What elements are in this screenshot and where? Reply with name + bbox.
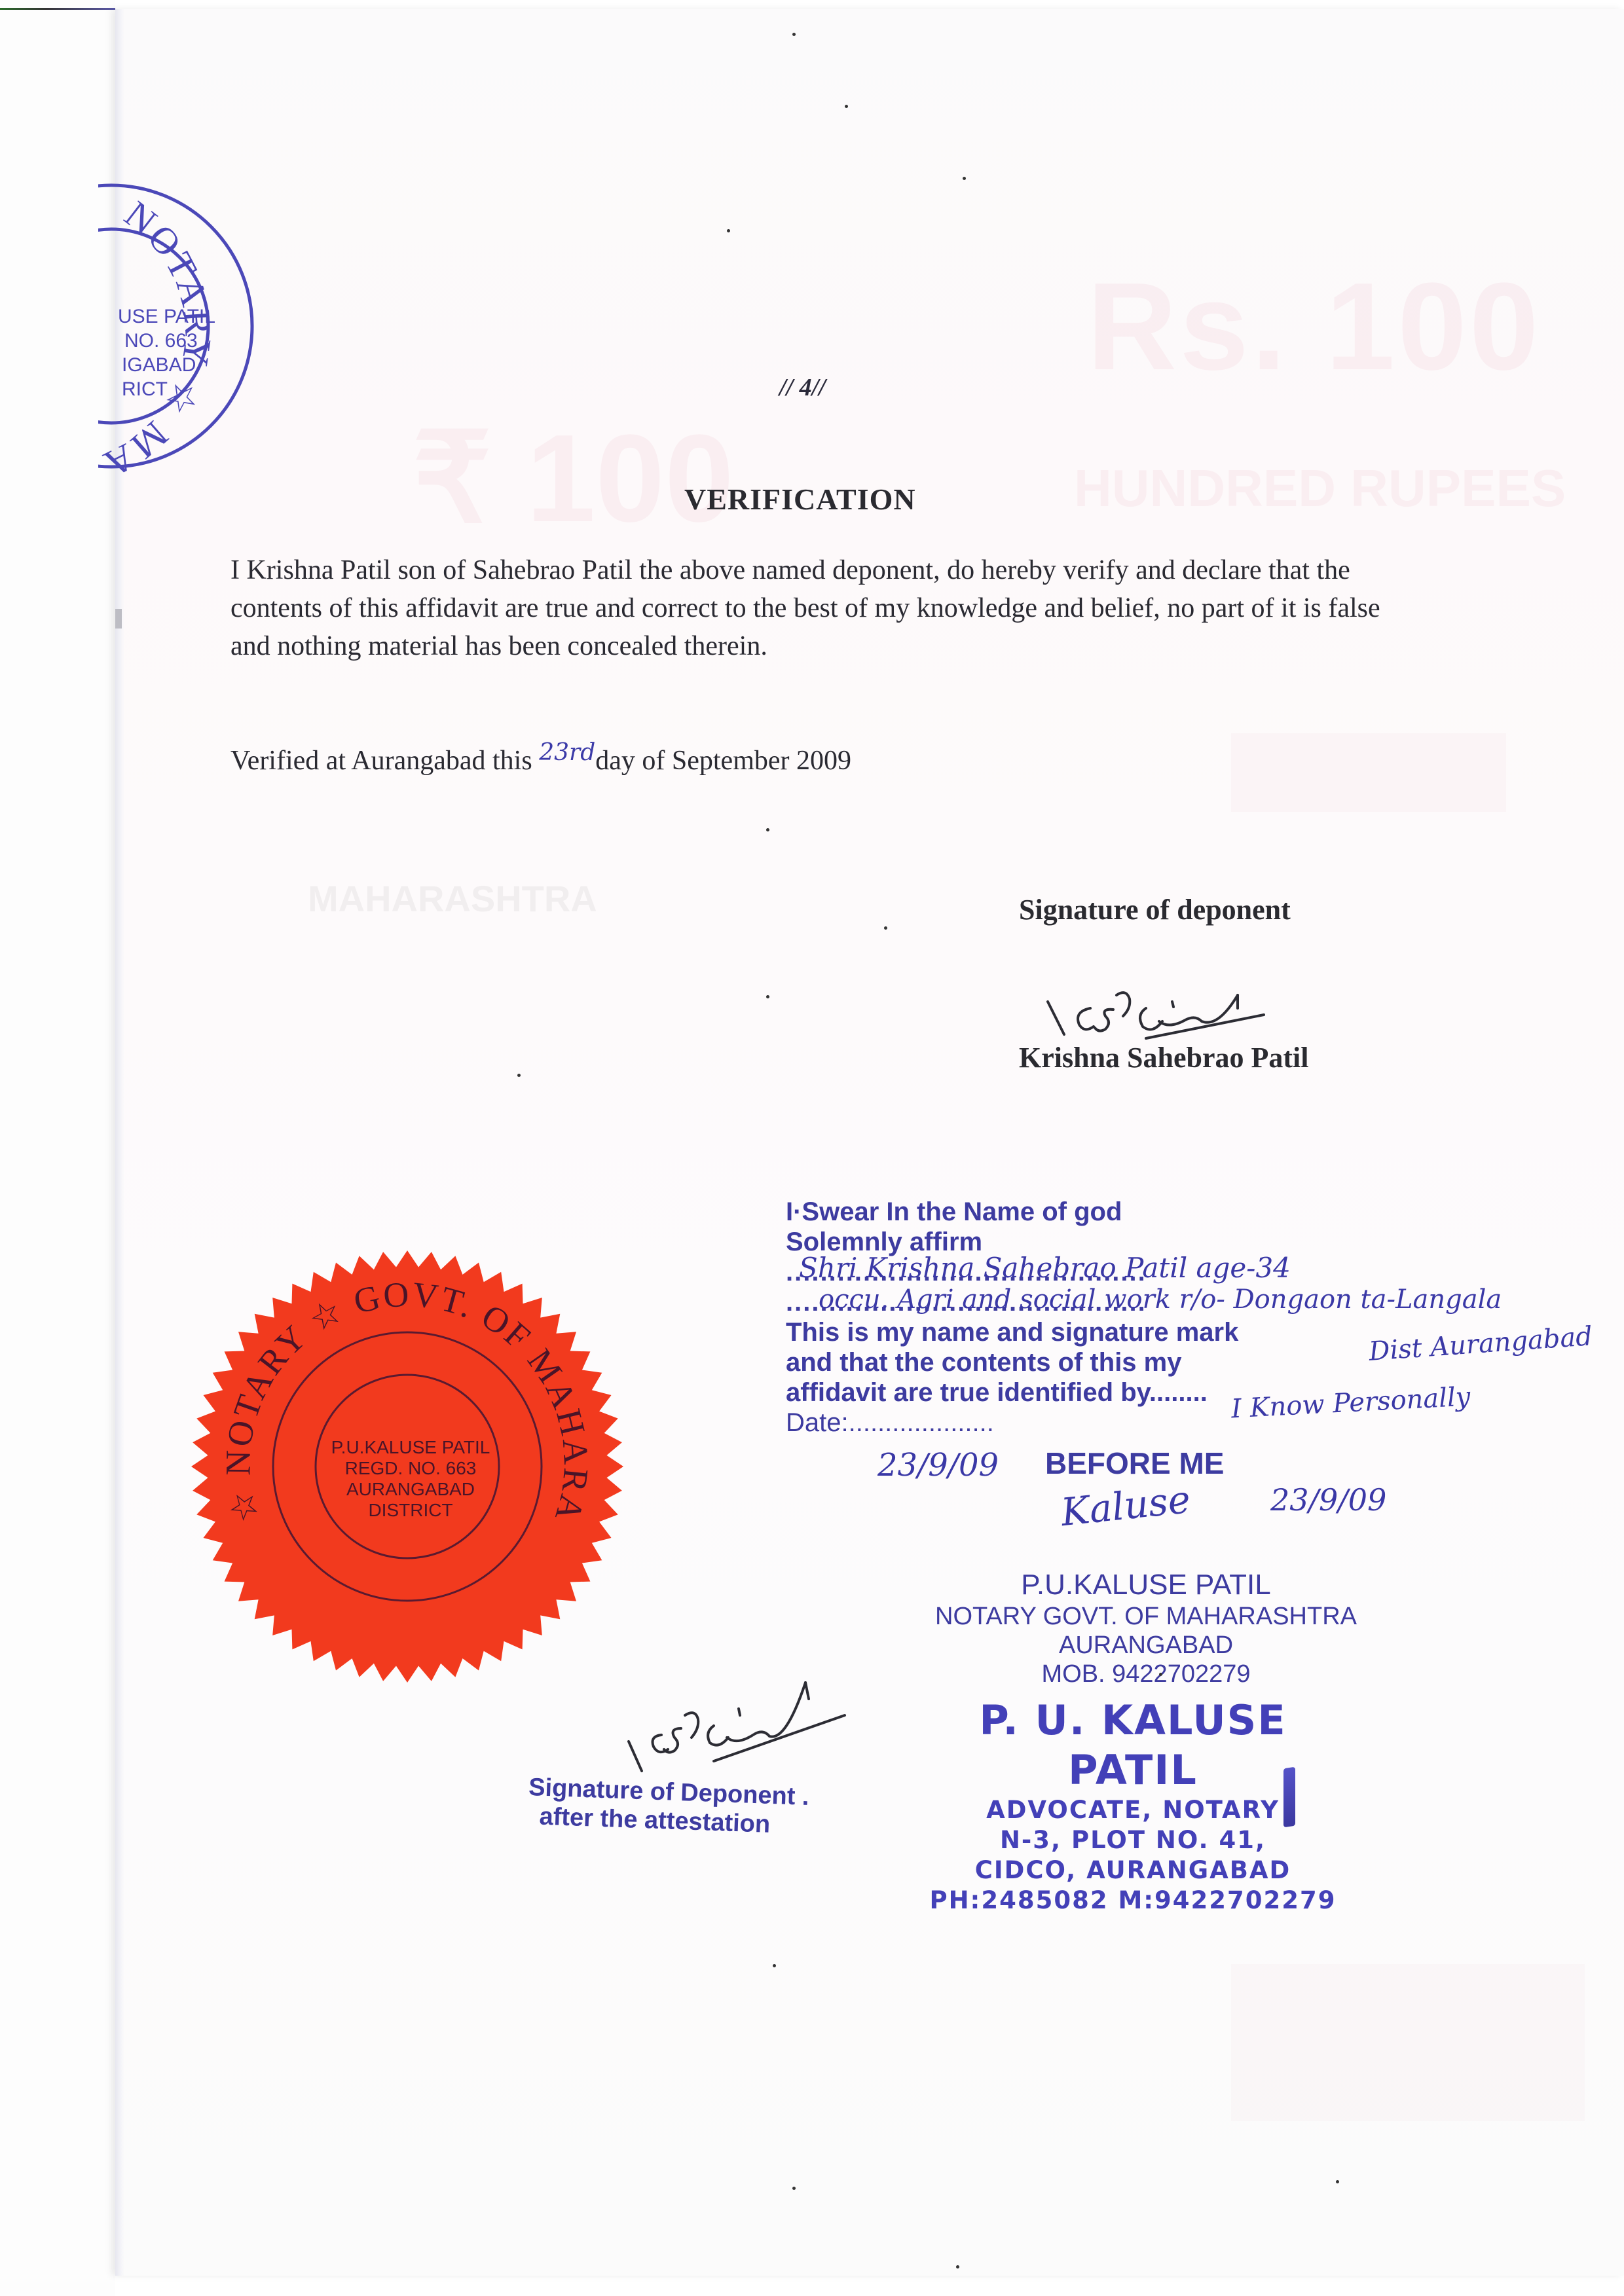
advocate-address-1: N-3, PLOT NO. 41, bbox=[910, 1825, 1356, 1855]
notary-name: P.U.KALUSE PATIL bbox=[897, 1568, 1395, 1602]
handwritten-oath-date: 23/9/09 bbox=[877, 1447, 999, 1484]
round-stamp-line-3: IGABAD bbox=[122, 354, 196, 376]
oath-line-1: I·Swear In the Name of god bbox=[786, 1197, 1238, 1227]
round-stamp-line-1: USE PATIL bbox=[118, 306, 215, 327]
post-attestation-label: Signature of Deponent . after the attest… bbox=[527, 1773, 809, 1840]
notary-mobile: MOB. 9422702279 bbox=[897, 1660, 1395, 1688]
paper-speck bbox=[727, 229, 730, 232]
notary-details-stamp: P.U.KALUSE PATIL NOTARY GOVT. OF MAHARAS… bbox=[897, 1568, 1395, 1688]
oath-line-6: and that the contents of this my bbox=[786, 1347, 1238, 1377]
round-stamp-line-4: RICT bbox=[122, 378, 168, 400]
paper-speck bbox=[1159, 1673, 1162, 1676]
seal-line-1: P.U.KALUSE PATIL bbox=[331, 1437, 490, 1457]
round-notary-stamp: NOTARY ☆ MAHARASHTRA USE PATIL NO. 663 I… bbox=[98, 175, 295, 480]
paper-speck bbox=[884, 926, 887, 930]
paper-speck bbox=[766, 828, 769, 831]
red-notary-seal: ☆ NOTARY ☆ GOVT. OF MAHARASHTRA P.U.KALU… bbox=[185, 1244, 630, 1692]
before-me-label: BEFORE ME bbox=[1045, 1446, 1224, 1481]
page-number: // 4// bbox=[779, 373, 826, 402]
seal-line-2: REGD. NO. 663 bbox=[345, 1458, 477, 1478]
handwritten-occupation-address: occu. Agri and social work r/o- Dongaon … bbox=[819, 1285, 1502, 1315]
round-stamp-line-2: NO. 663 bbox=[124, 330, 198, 352]
paper-speck bbox=[956, 2265, 959, 2269]
deponent-name: Krishna Sahebrao Patil bbox=[1019, 1041, 1309, 1074]
verified-suffix: day of September 2009 bbox=[595, 746, 851, 776]
paper-speck bbox=[517, 1074, 521, 1077]
seal-line-3: AURANGABAD bbox=[346, 1479, 475, 1499]
oath-line-7: affidavit are true identified by........ bbox=[786, 1377, 1238, 1408]
advocate-phones: PH:2485082 M:9422702279 bbox=[910, 1886, 1356, 1916]
paper-speck bbox=[792, 2187, 796, 2190]
verification-paragraph: I Krishna Patil son of Sahebrao Patil th… bbox=[231, 551, 1383, 665]
paper-speck bbox=[845, 105, 848, 108]
sheet-edge-line bbox=[0, 8, 115, 10]
paper-speck bbox=[1336, 2180, 1339, 2183]
document-title: VERIFICATION bbox=[684, 482, 916, 517]
notary-signature-date: 23/9/09 bbox=[1270, 1482, 1386, 1518]
paper-speck bbox=[766, 995, 769, 998]
notary-city: AURANGABAD bbox=[897, 1631, 1395, 1660]
handwritten-deponent-details: Shri Krishna Sahebrao Patil age-34 bbox=[799, 1252, 1291, 1284]
stamp-paper-page bbox=[115, 9, 1624, 2276]
page-edge-mark bbox=[115, 609, 122, 629]
verified-prefix: Verified at Aurangabad this bbox=[231, 746, 539, 776]
oath-line-8: Date:.................... bbox=[786, 1408, 1238, 1438]
verified-line: Verified at Aurangabad this 23rdday of S… bbox=[231, 745, 851, 776]
seal-line-4: DISTRICT bbox=[368, 1500, 452, 1520]
paper-speck bbox=[792, 33, 796, 36]
signature-label: Signature of deponent bbox=[1019, 893, 1291, 926]
advocate-address-2: CIDCO, AURANGABAD bbox=[910, 1855, 1356, 1886]
paper-speck bbox=[773, 1964, 776, 1967]
ink-smudge bbox=[1283, 1767, 1295, 1828]
oath-line-5: This is my name and signature mark bbox=[786, 1317, 1238, 1347]
notary-designation: NOTARY GOVT. OF MAHARASHTRA bbox=[897, 1602, 1395, 1631]
oath-stamp: I·Swear In the Name of god Solemnly affi… bbox=[786, 1197, 1238, 1438]
handwritten-day: 23rd bbox=[539, 739, 595, 766]
paper-speck bbox=[963, 177, 966, 180]
